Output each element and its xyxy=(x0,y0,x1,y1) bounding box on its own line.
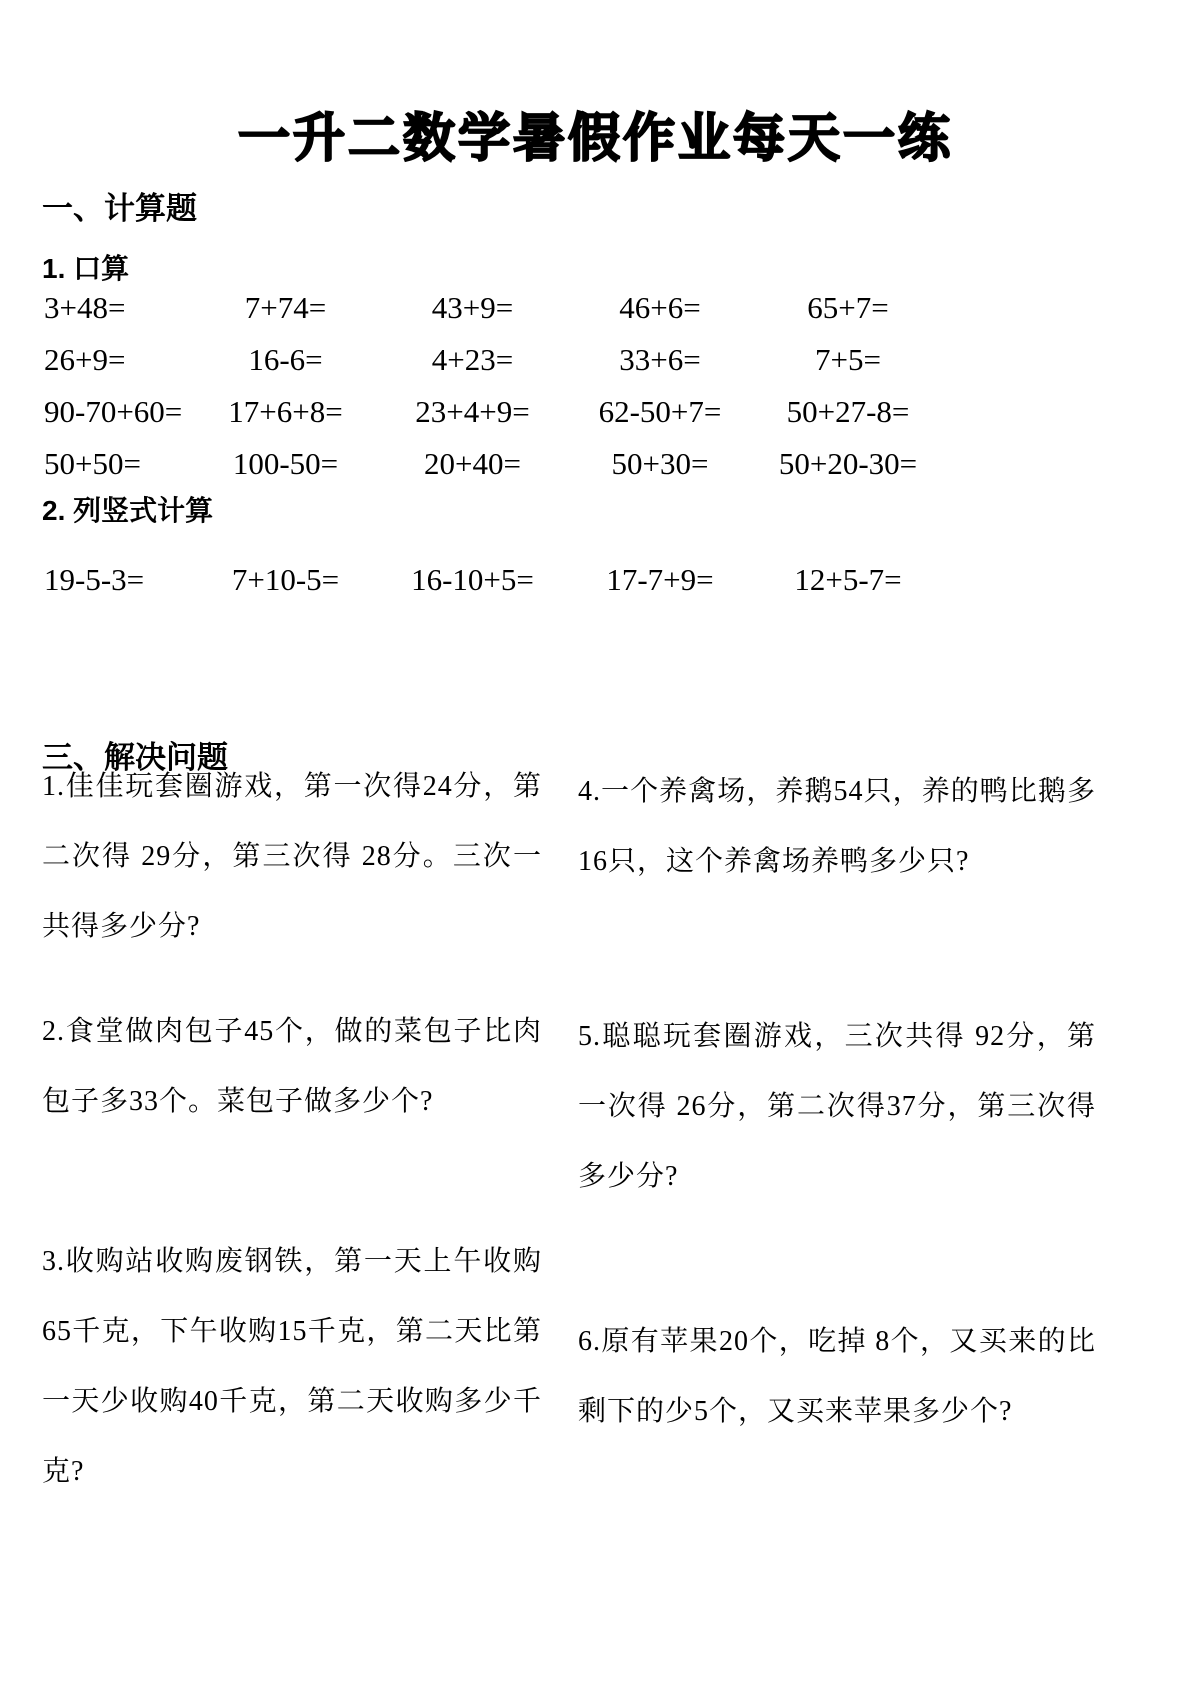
oral-expression: 23+4+9= xyxy=(379,386,566,438)
oral-expression: 100-50= xyxy=(192,438,379,490)
oral-expression: 50+50= xyxy=(30,438,192,490)
column-expression: 12+5-7= xyxy=(754,554,942,606)
oral-expression: 50+27-8= xyxy=(754,386,942,438)
word-problem-2: 2.食堂做肉包子45个，做的菜包子比肉包子多33个。菜包子做多少个? xyxy=(42,997,542,1137)
word-problem-4: 4.一个养禽场，养鹅54只，养的鸭比鹅多16只，这个养禽场养鸭多少只? xyxy=(578,757,1096,897)
oral-expression: 17+6+8= xyxy=(192,386,379,438)
oral-expression: 33+6= xyxy=(566,334,754,386)
worksheet-page: 一升二数学暑假作业每天一练 一、计算题 1. 口算 3+48= 7+74= 43… xyxy=(0,0,1191,1684)
oral-expression: 7+5= xyxy=(754,334,942,386)
oral-expression: 3+48= xyxy=(30,282,192,334)
oral-expression: 16-6= xyxy=(192,334,379,386)
oral-expression: 20+40= xyxy=(379,438,566,490)
column-expression: 19-5-3= xyxy=(30,554,192,606)
oral-expression: 65+7= xyxy=(754,282,942,334)
column-calc-grid: 19-5-3= 7+10-5= 16-10+5= 17-7+9= 12+5-7= xyxy=(30,554,942,606)
column-expression: 16-10+5= xyxy=(379,554,566,606)
oral-expression: 7+74= xyxy=(192,282,379,334)
subsection-oral-calc-heading: 1. 口算 xyxy=(42,247,129,287)
section-calculation-heading: 一、计算题 xyxy=(42,183,197,228)
word-problem-6: 6.原有苹果20个，吃掉 8个，又买来的比剩下的少5个，又买来苹果多少个? xyxy=(578,1307,1096,1447)
oral-expression: 46+6= xyxy=(566,282,754,334)
oral-expression: 90-70+60= xyxy=(30,386,192,438)
subsection-column-calc-heading: 2. 列竖式计算 xyxy=(42,489,213,529)
oral-expression: 26+9= xyxy=(30,334,192,386)
oral-calc-grid: 3+48= 7+74= 43+9= 46+6= 65+7= 26+9= 16-6… xyxy=(30,282,942,490)
oral-expression: 43+9= xyxy=(379,282,566,334)
column-expression: 7+10-5= xyxy=(192,554,379,606)
column-expression: 17-7+9= xyxy=(566,554,754,606)
oral-expression: 4+23= xyxy=(379,334,566,386)
word-problem-1: 1.佳佳玩套圈游戏，第一次得24分，第二次得 29分，第三次得 28分。三次一共… xyxy=(42,752,542,962)
oral-expression: 50+20-30= xyxy=(754,438,942,490)
oral-expression: 50+30= xyxy=(566,438,754,490)
oral-expression: 62-50+7= xyxy=(566,386,754,438)
word-problem-5: 5.聪聪玩套圈游戏，三次共得 92分，第一次得 26分，第二次得37分，第三次得… xyxy=(578,1002,1096,1212)
word-problem-3: 3.收购站收购废钢铁，第一天上午收购65千克，下午收购15千克，第二天比第一天少… xyxy=(42,1227,542,1507)
page-title: 一升二数学暑假作业每天一练 xyxy=(0,96,1191,171)
